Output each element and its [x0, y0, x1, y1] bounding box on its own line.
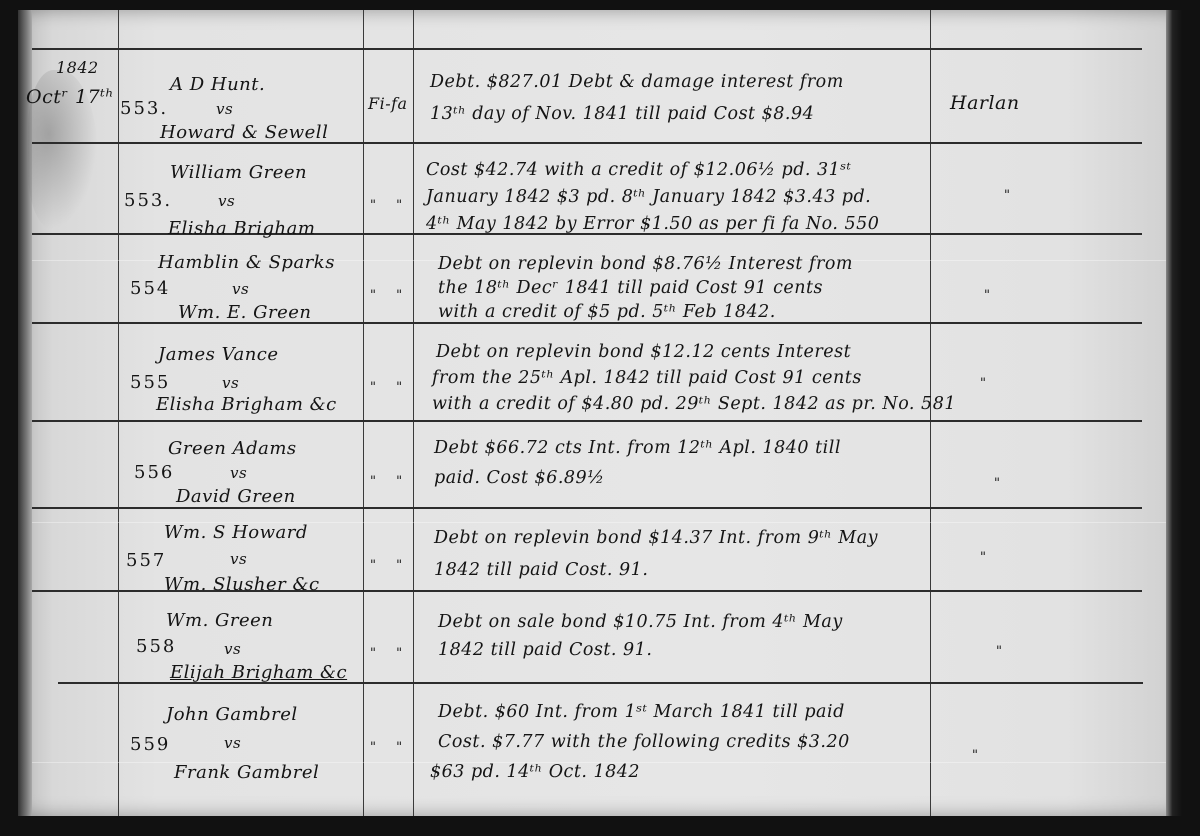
defendant-name: Elijah Brigham &c — [170, 662, 347, 683]
remark-line: Debt on sale bond $10.75 Int. from 4ᵗʰ M… — [438, 612, 843, 632]
remark-line: Debt $66.72 cts Int. from 12ᵗʰ Apl. 1840… — [434, 438, 841, 458]
versus-label: vs — [224, 640, 241, 658]
ledger-page: 1842 Octʳ 17ᵗʰ A D Hunt. 553. vs Howard … — [18, 10, 1182, 816]
remark-line: $63 pd. 14ᵗʰ Oct. 1842 — [430, 762, 640, 782]
versus-label: vs — [216, 100, 233, 118]
writ-type: Fi-fa — [368, 94, 408, 113]
case-number: 555 — [130, 372, 170, 393]
attorney-ditto: " — [980, 376, 986, 391]
defendant-name: David Green — [176, 486, 296, 507]
case-number: 553. — [120, 98, 168, 119]
plaintiff-name: Green Adams — [168, 438, 297, 459]
remark-line: 1842 till paid Cost. 91. — [438, 640, 652, 660]
attorney-ditto: " — [1004, 188, 1010, 203]
right-binding-edge — [1166, 10, 1182, 816]
remark-line: 4ᵗʰ May 1842 by Error $1.50 as per fi fa… — [426, 214, 879, 234]
writ-ditto: " " — [370, 646, 410, 661]
attorney-ditto: " — [980, 550, 986, 565]
case-number: 557 — [126, 550, 166, 571]
remark-line: Debt. $827.01 Debt & damage interest fro… — [430, 72, 844, 92]
versus-label: vs — [218, 192, 235, 210]
defendant-name: Elisha Brigham &c — [156, 394, 337, 415]
writ-ditto: " " — [370, 740, 410, 755]
remark-line: the 18ᵗʰ Decʳ 1841 till paid Cost 91 cen… — [438, 278, 823, 298]
remark-line: with a credit of $5 pd. 5ᵗʰ Feb 1842. — [438, 302, 776, 322]
writ-ditto: " " — [370, 474, 410, 489]
case-number: 556 — [134, 462, 174, 483]
row-rule-4 — [32, 420, 1142, 422]
remark-line: Cost $42.74 with a credit of $12.06½ pd.… — [426, 160, 852, 180]
row-rule-5 — [32, 507, 1142, 509]
remark-line: 13ᵗʰ day of Nov. 1841 till paid Cost $8.… — [430, 104, 814, 124]
plaintiff-name: James Vance — [158, 344, 279, 365]
column-rule-writ — [413, 10, 414, 816]
remark-line: Cost. $7.77 with the following credits $… — [438, 732, 850, 752]
versus-label: vs — [230, 464, 247, 482]
writ-ditto: " " — [370, 198, 410, 213]
versus-label: vs — [222, 374, 239, 392]
case-number: 559 — [130, 734, 170, 755]
attorney-ditto: " — [972, 748, 978, 763]
plaintiff-name: William Green — [170, 162, 307, 183]
ledger-year: 1842 — [56, 58, 99, 77]
remark-line: Debt on replevin bond $8.76½ Interest fr… — [438, 254, 853, 274]
defendant-name: Howard & Sewell — [160, 122, 328, 143]
remark-line: Debt on replevin bond $14.37 Int. from 9… — [434, 528, 878, 548]
case-number: 558 — [136, 636, 176, 657]
writ-ditto: " " — [370, 558, 410, 573]
entry-date: Octʳ 17ᵗʰ — [26, 86, 114, 108]
defendant-name: Elisha Brigham — [168, 218, 315, 239]
header-rule — [32, 48, 1142, 50]
plaintiff-name: Wm. Green — [166, 610, 273, 631]
defendant-name: Wm. Slusher &c — [164, 574, 320, 595]
plaintiff-name: Wm. S Howard — [164, 522, 308, 543]
attorney-ditto: " — [994, 476, 1000, 491]
remark-line: January 1842 $3 pd. 8ᵗʰ January 1842 $3.… — [426, 187, 871, 207]
attorney-ditto: " — [996, 644, 1002, 659]
remark-line: paid. Cost $6.89½ — [434, 468, 605, 488]
case-number: 553. — [124, 190, 172, 211]
attorney-name: Harlan — [950, 92, 1020, 114]
writ-ditto: " " — [370, 288, 410, 303]
versus-label: vs — [224, 734, 241, 752]
versus-label: vs — [230, 550, 247, 568]
attorney-ditto: " — [984, 288, 990, 303]
case-number: 554 — [130, 278, 170, 299]
plaintiff-name: A D Hunt. — [170, 74, 265, 95]
plaintiff-name: John Gambrel — [166, 704, 298, 725]
remark-line: from the 25ᵗʰ Apl. 1842 till paid Cost 9… — [432, 368, 862, 388]
plaintiff-name: Hamblin & Sparks — [158, 252, 335, 273]
versus-label: vs — [232, 280, 249, 298]
column-rule-parties — [363, 10, 364, 816]
remark-line: with a credit of $4.80 pd. 29ᵗʰ Sept. 18… — [432, 394, 956, 414]
remark-line: 1842 till paid Cost. 91. — [434, 560, 648, 580]
defendant-name: Frank Gambrel — [174, 762, 319, 783]
defendant-name: Wm. E. Green — [178, 302, 311, 323]
column-rule-date — [118, 10, 119, 816]
remark-line: Debt on replevin bond $12.12 cents Inter… — [436, 342, 851, 362]
writ-ditto: " " — [370, 380, 410, 395]
remark-line: Debt. $60 Int. from 1ˢᵗ March 1841 till … — [438, 702, 845, 722]
